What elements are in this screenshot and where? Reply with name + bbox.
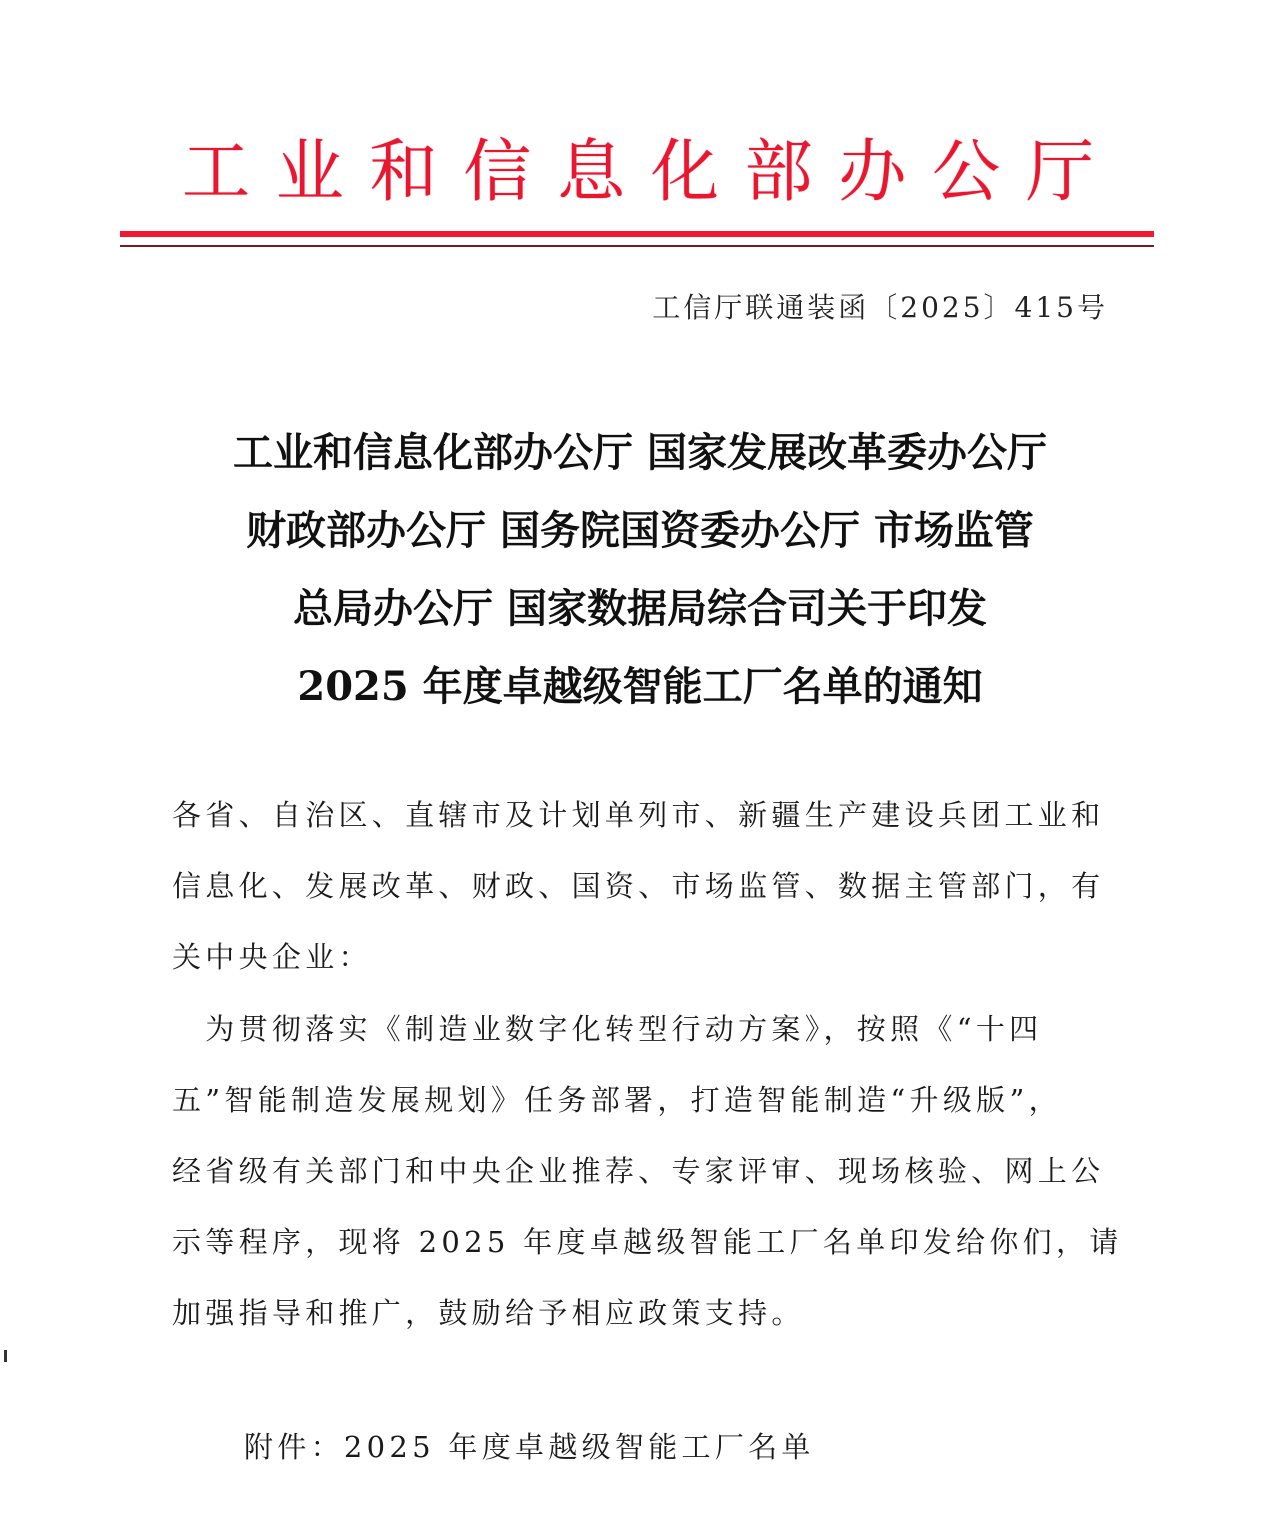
addressee-block: 各省、自治区、直辖市及计划单列市、新疆生产建设兵团工业和 信息化、发展改革、财政… xyxy=(172,780,1122,993)
letterhead-red-rule xyxy=(120,231,1154,237)
attachment-label: 附件：2025 年度卓越级智能工厂名单 xyxy=(244,1425,815,1466)
addressee-line: 各省、自治区、直辖市及计划单列市、新疆生产建设兵团工业和 xyxy=(172,780,1122,851)
letterhead-char: 和 xyxy=(370,139,438,207)
letterhead-thin-rule xyxy=(120,245,1154,247)
letterhead-char: 部 xyxy=(745,139,813,207)
body-paragraph: 为贯彻落实《制造业数字化转型行动方案》，按照《“十四 五”智能制造发展规划》任务… xyxy=(172,994,1122,1349)
letterhead-char: 息 xyxy=(557,139,625,207)
letterhead-char: 化 xyxy=(651,139,719,207)
paragraph-line: 加强指导和推广，鼓励给予相应政策支持。 xyxy=(172,1278,1122,1349)
document-number: 工信厅联通装函〔2025〕415号 xyxy=(652,286,1108,326)
paragraph-line: 经省级有关部门和中央企业推荐、专家评审、现场核验、网上公 xyxy=(172,1136,1122,1207)
scan-edge-mark xyxy=(4,1350,7,1362)
letterhead-char: 厅 xyxy=(1026,139,1094,207)
addressee-line: 关中央企业： xyxy=(172,922,1122,993)
document-title: 工业和信息化部办公厅 国家发展改革委办公厅 财政部办公厅 国务院国资委办公厅 市… xyxy=(120,414,1160,726)
paragraph-line: 五”智能制造发展规划》任务部署，打造智能制造“升级版”， xyxy=(172,1065,1122,1136)
paragraph-line: 为贯彻落实《制造业数字化转型行动方案》，按照《“十四 xyxy=(172,994,1122,1065)
title-line: 财政部办公厅 国务院国资委办公厅 市场监管 xyxy=(120,492,1160,570)
title-line: 工业和信息化部办公厅 国家发展改革委办公厅 xyxy=(120,414,1160,492)
paragraph-line: 示等程序，现将 2025 年度卓越级智能工厂名单印发给你们，请 xyxy=(172,1207,1122,1278)
letterhead-char: 公 xyxy=(932,139,1000,207)
letterhead-char: 业 xyxy=(276,139,344,207)
letterhead-char: 工 xyxy=(182,139,250,207)
letterhead-title: 工 业 和 信 息 化 部 办 公 厅 xyxy=(120,128,1160,218)
addressee-line: 信息化、发展改革、财政、国资、市场监管、数据主管部门，有 xyxy=(172,851,1122,922)
title-line: 2025 年度卓越级智能工厂名单的通知 xyxy=(120,648,1160,726)
letterhead-char: 办 xyxy=(838,139,906,207)
letterhead-char: 信 xyxy=(463,139,531,207)
title-line: 总局办公厅 国家数据局综合司关于印发 xyxy=(120,570,1160,648)
